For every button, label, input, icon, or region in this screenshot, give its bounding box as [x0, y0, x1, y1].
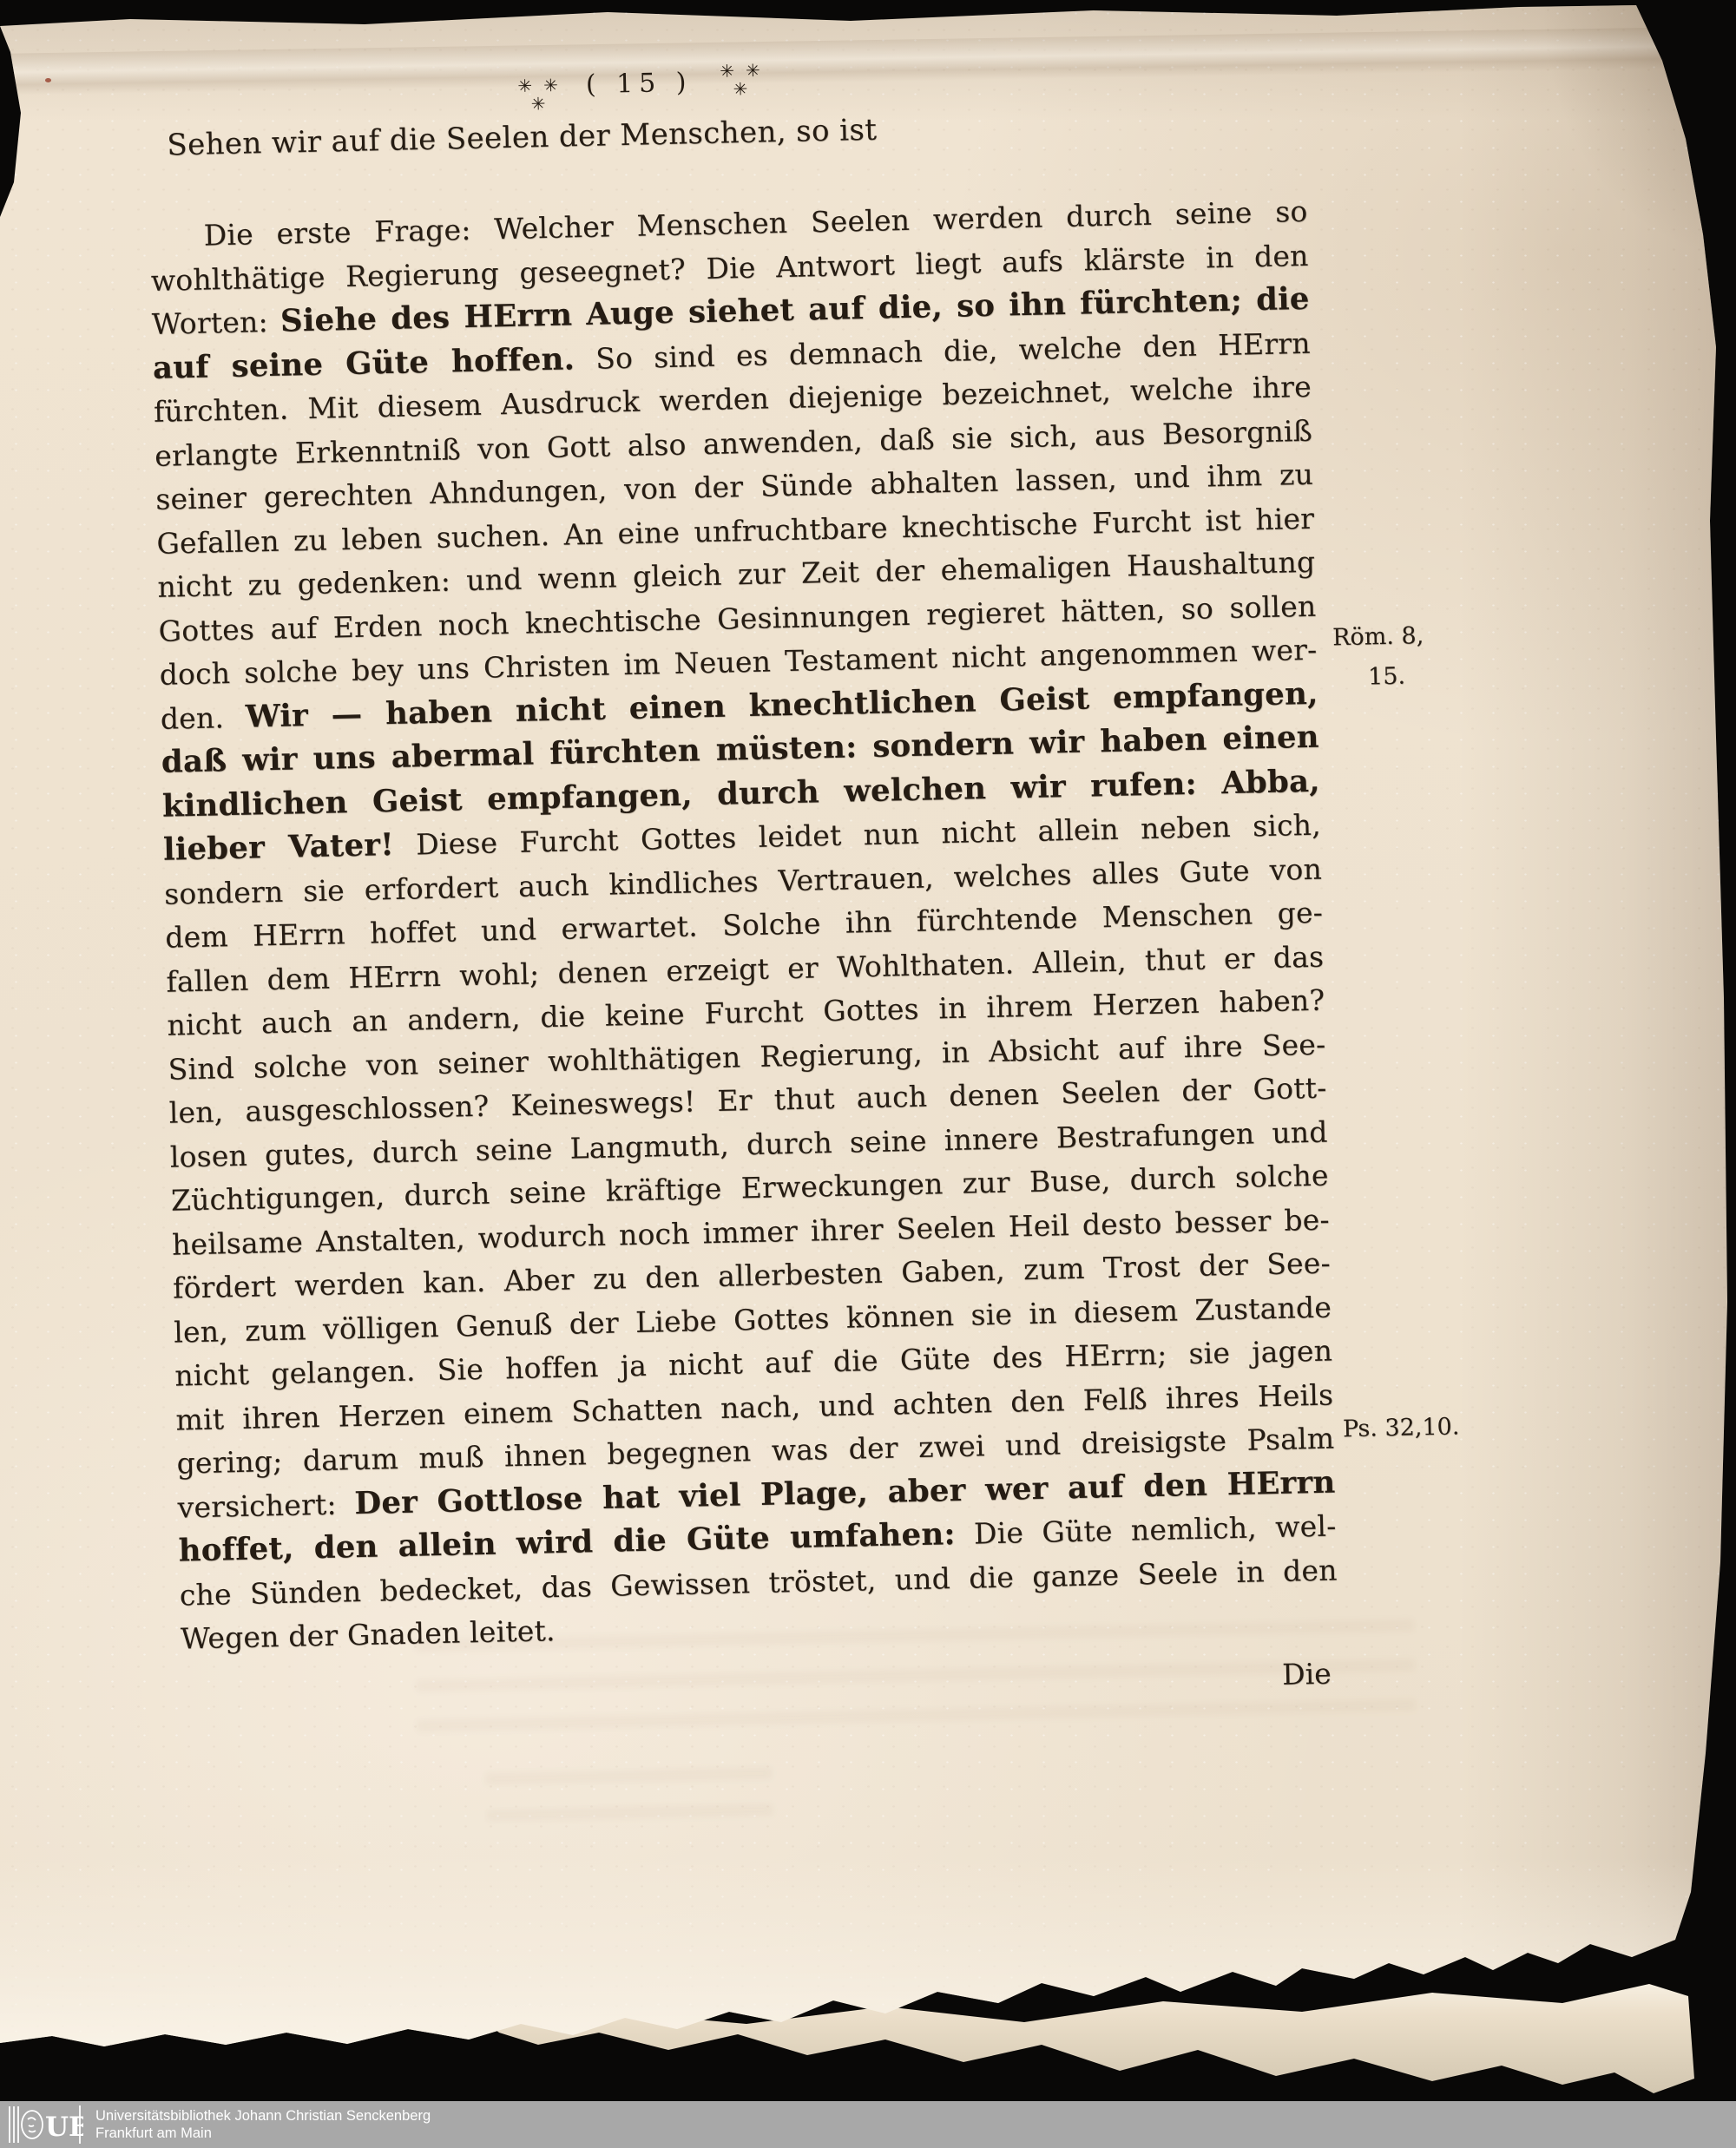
body-text: Wegen der Gnaden leitet. — [181, 1613, 556, 1655]
asterisk-row: ✳ ✳ — [517, 77, 558, 94]
corner-shadow — [1493, 0, 1736, 382]
margin-note-romans-verse: 15. — [1368, 662, 1406, 693]
asterisk-row: ✳ — [531, 95, 546, 111]
book-page: ✳ ✳ ✳ ( 15 ) ✳ ✳ ✳ Sehen wir auf die See… — [0, 0, 1736, 2148]
ub-logo-text: UB — [45, 2112, 83, 2143]
body-text: Die Güte nemlich, wel- — [955, 1509, 1337, 1552]
asterisk-icon: ✳ — [517, 78, 532, 94]
page-number: ( 15 ) — [586, 68, 693, 101]
library-name-line1: Universitätsbibliothek Johann Christian … — [95, 2107, 431, 2125]
ornament-asterisks-right: ✳ ✳ ✳ — [720, 62, 760, 97]
asterisk-icon: ✳ — [530, 93, 545, 114]
library-name: Universitätsbibliothek Johann Christian … — [95, 2107, 431, 2142]
page-header: ✳ ✳ ✳ ( 15 ) ✳ ✳ ✳ — [517, 66, 761, 112]
catchword: Die — [1282, 1657, 1332, 1691]
emphasis-text: lieber Vater! — [163, 827, 395, 868]
show-through-print-small — [485, 1768, 773, 1826]
goethe-head-icon — [22, 2111, 43, 2138]
asterisk-icon: ✳ — [733, 78, 747, 99]
ornament-asterisks-left: ✳ ✳ ✳ — [517, 77, 558, 112]
library-footer-bar: UB Universitätsbibliothek Johann Christi… — [0, 2101, 1736, 2148]
margin-note-psalm: Ps. 32,10. — [1343, 1412, 1460, 1444]
asterisk-icon: ✳ — [543, 77, 558, 93]
asterisk-row: ✳ ✳ — [720, 62, 760, 79]
ub-logo: UB — [7, 2104, 83, 2145]
text-lines: Die erste Frage: Welcher Menschen Seelen… — [149, 190, 1338, 1661]
body-text: versichert: — [177, 1487, 355, 1524]
book-scan: ✳ ✳ ✳ ( 15 ) ✳ ✳ ✳ Sehen wir auf die See… — [0, 0, 1736, 2148]
body-text: den. — [160, 700, 246, 735]
asterisk-icon: ✳ — [720, 63, 734, 79]
text-block: Sehen wir auf die Seelen der Menschen, s… — [148, 103, 1338, 1661]
emphasis-text: auf seine Güte hoffen. — [153, 341, 575, 386]
asterisk-row: ✳ — [733, 81, 747, 96]
paper-speck — [45, 78, 51, 82]
margin-note-romans: Röm. 8, — [1332, 621, 1424, 653]
body-text: Worten: — [151, 305, 280, 341]
asterisk-icon: ✳ — [746, 62, 760, 78]
library-name-line2: Frankfurt am Main — [95, 2125, 431, 2142]
